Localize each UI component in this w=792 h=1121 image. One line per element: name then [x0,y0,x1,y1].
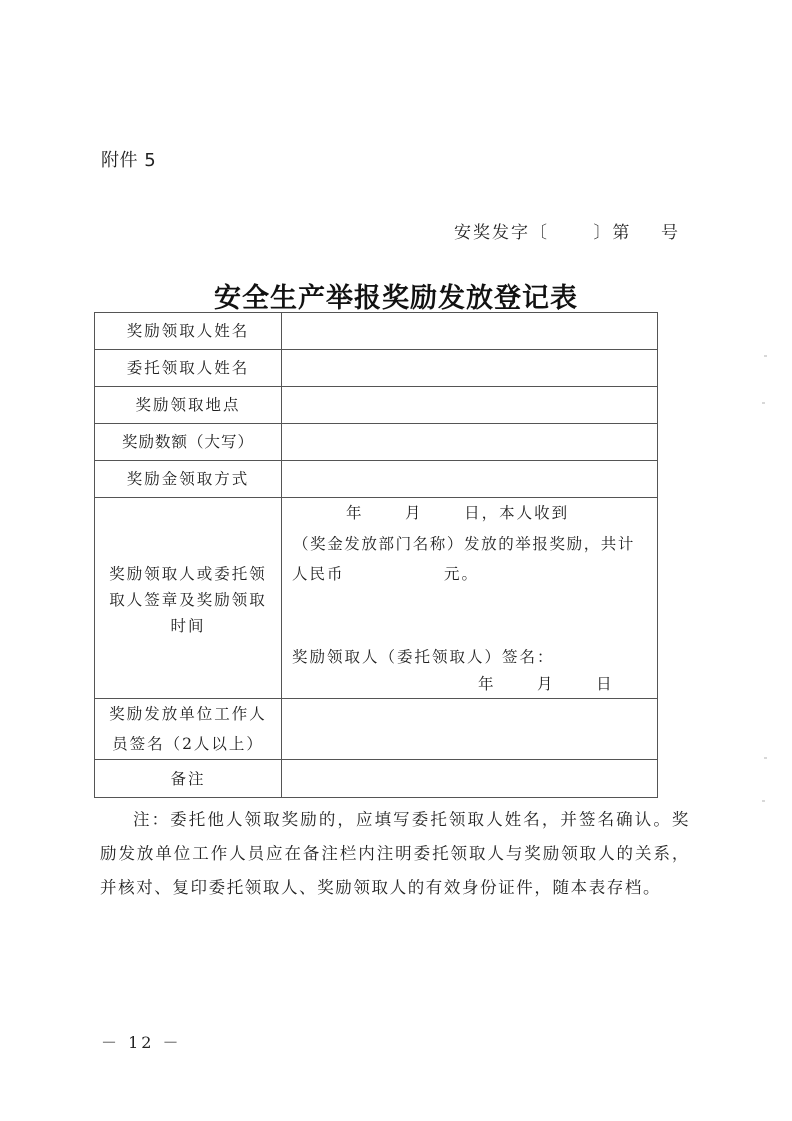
scan-speck [762,800,765,802]
staff-signature-label: 奖励发放单位工作人 员签名（2人以上） [95,699,282,760]
form-row-proxy-name: 委托领取人姓名 [95,350,658,387]
footnote: 注：委托他人领取奖励的，应填写委托领取人姓名，并签名确认。奖励发放单位工作人员应… [100,803,690,905]
receipt-label-line: 取人签章及奖励领取 [95,587,281,613]
receipt-date-line: 年 月 日，本人收到 [346,501,569,523]
field-label: 委托领取人姓名 [95,350,282,387]
scan-speck [764,355,767,357]
form-row-amount: 奖励数额（大写） [95,424,658,461]
staff-label-line: 奖励发放单位工作人 [95,699,281,729]
location-field[interactable] [282,387,658,424]
payment-method-field[interactable] [282,461,658,498]
registration-form-table: 奖励领取人姓名 委托领取人姓名 奖励领取地点 奖励数额（大写） 奖励金领取方式 … [94,312,658,798]
scan-speck [762,402,765,404]
staff-signature-field[interactable] [282,699,658,760]
form-row-remarks: 备注 [95,760,658,798]
field-label: 奖励金领取方式 [95,461,282,498]
staff-label-line: 员签名（2人以上） [95,729,281,759]
amount-prefix: 人民币 [292,562,345,584]
attachment-label: 附件 5 [101,146,156,172]
form-row-staff-signature: 奖励发放单位工作人 员签名（2人以上） [95,699,658,760]
document-number: 安奖发字〔 〕第 号 [454,218,680,243]
field-label: 奖励领取人姓名 [95,313,282,350]
page-number: － 12 － [101,1030,182,1053]
page-title: 安全生产举报奖励发放登记表 [0,276,792,315]
signature-date: 年 月 日 [478,672,614,694]
receipt-signature-area[interactable]: 年 月 日，本人收到 （奖金发放部门名称）发放的举报奖励，共计 人民币 元。 奖… [282,498,658,699]
receipt-label: 奖励领取人或委托领 取人签章及奖励领取 时间 [95,498,282,699]
proxy-name-field[interactable] [282,350,658,387]
field-label: 奖励领取地点 [95,387,282,424]
remarks-field[interactable] [282,760,658,798]
receipt-label-line: 时间 [95,613,281,639]
form-row-recipient-name: 奖励领取人姓名 [95,313,658,350]
amount-field[interactable] [282,424,658,461]
form-row-payment-method: 奖励金领取方式 [95,461,658,498]
recipient-name-field[interactable] [282,313,658,350]
form-row-location: 奖励领取地点 [95,387,658,424]
field-label: 奖励数额（大写） [95,424,282,461]
form-row-receipt: 奖励领取人或委托领 取人签章及奖励领取 时间 年 月 日，本人收到 （奖金发放部… [95,498,658,699]
remarks-label: 备注 [95,760,282,798]
signature-label: 奖励领取人（委托领取人）签名： [292,645,555,667]
amount-suffix: 元。 [444,562,479,584]
receipt-label-line: 奖励领取人或委托领 [95,561,281,587]
scan-speck [764,757,767,759]
receipt-dept-line: （奖金发放部门名称）发放的举报奖励，共计 [293,532,635,554]
